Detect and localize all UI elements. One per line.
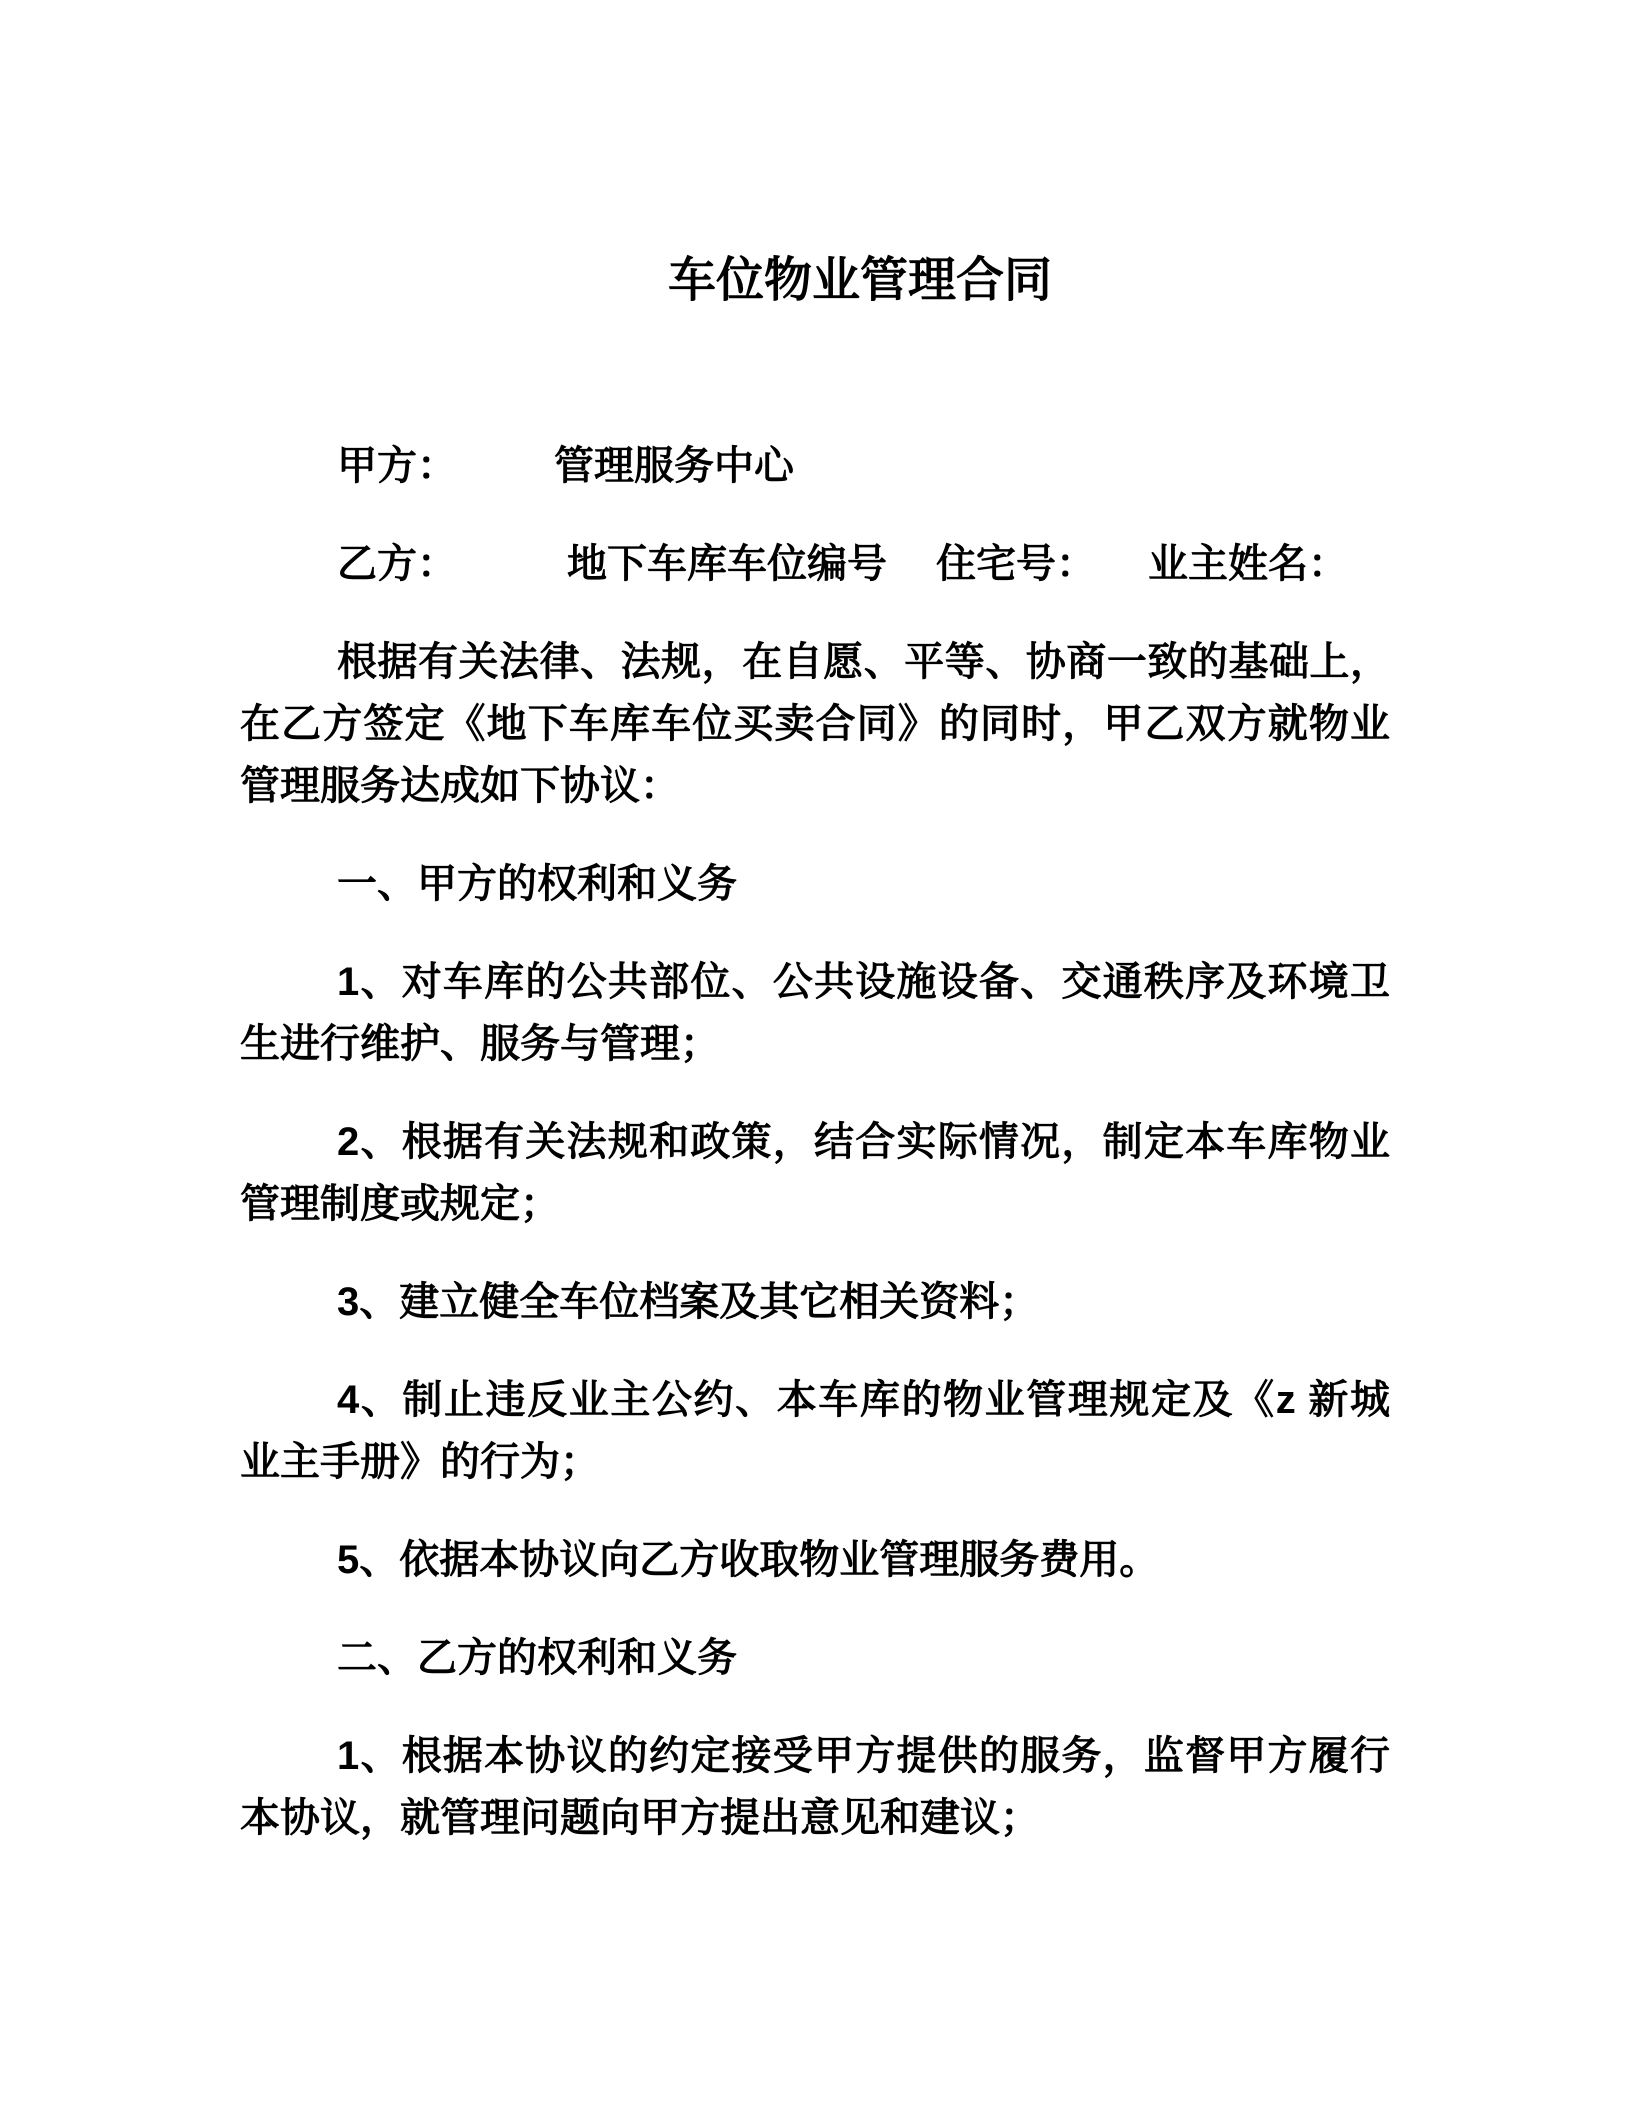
section-2-item-1: 1、根据本协议的约定接受甲方提供的服务，监督甲方履行本协议，就管理问题向甲方提出… <box>240 1725 1390 1849</box>
party-a-value: 管理服务中心 <box>554 444 794 488</box>
party-b-line: 乙方：地下车库车位编号住宅号：业主姓名： <box>240 533 1390 595</box>
party-a-line: 甲方：管理服务中心 <box>240 435 1390 497</box>
section-1-heading: 一、甲方的权利和义务 <box>240 853 1390 915</box>
section-2-heading: 二、乙方的权利和义务 <box>240 1627 1390 1689</box>
party-b-parking-space-number-label: 地下车库车位编号 <box>567 542 887 586</box>
section-1-item-1: 1、对车库的公共部位、公共设施设备、交通秩序及环境卫生进行维护、服务与管理； <box>240 951 1390 1075</box>
party-b-owner-name-label: 业主姓名： <box>1148 542 1348 586</box>
party-b-label: 乙方： <box>337 542 457 586</box>
party-a-label: 甲方： <box>337 444 457 488</box>
section-1-item-3: 3、建立健全车位档案及其它相关资料； <box>240 1271 1390 1333</box>
document-title: 车位物业管理合同 <box>285 250 1435 312</box>
party-b-residence-number-label: 住宅号： <box>936 542 1096 586</box>
contract-page: 车位物业管理合同 甲方：管理服务中心 乙方：地下车库车位编号住宅号：业主姓名： … <box>0 0 1632 2112</box>
section-1-item-2: 2、根据有关法规和政策，结合实际情况，制定本车库物业管理制度或规定； <box>240 1111 1390 1235</box>
section-1-item-4: 4、制止违反业主公约、本车库的物业管理规定及《z 新城业主手册》的行为； <box>240 1369 1390 1493</box>
section-1-item-5: 5、依据本协议向乙方收取物业管理服务费用。 <box>240 1529 1390 1591</box>
intro-paragraph: 根据有关法律、法规，在自愿、平等、协商一致的基础上，在乙方签定《地下车库车位买卖… <box>240 631 1390 817</box>
